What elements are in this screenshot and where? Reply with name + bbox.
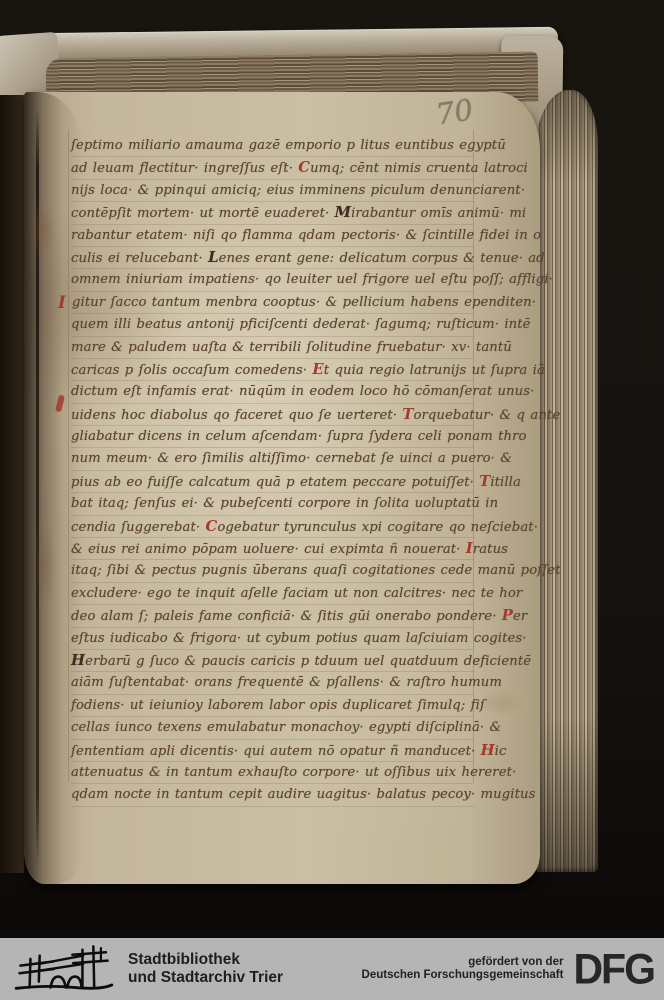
text-line: deo alam ſ; paleis fame conficiā· & ſiti… [71,605,474,627]
text-line: num meum· & ero ſimilis altiſſimo· cerne… [71,448,474,470]
text-line: fodiens· ut ieiunioy laborem labor opis … [71,695,474,717]
library-name: Stadtbibliothek und Stadtarchiv Trier [128,951,283,987]
text-line: mare & paludem uaſta & terribili ſolitud… [71,337,474,359]
library-branding: Stadtbibliothek und Stadtarchiv Trier [0,943,362,995]
text-line: cellas iunco texens emulabatur monachoy·… [71,717,474,739]
text-line: attenuatus & in tantum exhauſto corpore·… [71,762,474,784]
text-line: & eius rei animo pōpam uoluere· cui expi… [71,538,474,560]
text-line: dictum eſt infamis erat· nūqūm in eodem … [71,381,474,403]
text-line: culis ei relucebant· Lenes erant gene: d… [71,247,474,269]
text-line: caricas p ſolis occaſum comedens· Et qui… [71,359,474,381]
dfg-branding: gefördert von der Deutschen Forschungsge… [362,946,664,993]
text-line: pius ab eo fuiſſe calcatum quā p etatem … [71,471,474,493]
funding-line2: Deutschen Forschungsgemeinschaft [362,969,564,982]
text-line: nijs loca· & ppinqui amiciq; eius immine… [71,180,474,202]
text-line: gliabatur dicens in celum aſcendam· ſupr… [71,426,474,448]
ruling-line-left [68,130,69,782]
text-line: ſententiam apli dicentis· qui autem nō o… [71,740,474,762]
funding-line1: gefördert von der [362,956,564,969]
text-line: cendia ſuggerebat· Cogebatur tyrunculus … [71,516,474,538]
text-line: rabantur etatem· niſi qo flamma qdam pec… [71,225,474,247]
funding-statement: gefördert von der Deutschen Forschungsge… [362,956,564,982]
text-line: Igitur ſacco tantum menbra cooptus· & pe… [71,292,474,314]
text-line: itaq; ſibi & pectus pugnis ūberans quaſi… [71,560,474,582]
text-line: contēpſit mortem· ut mortē euaderet· Mir… [71,202,474,224]
parchment-stain [30,200,56,260]
library-name-line1: Stadtbibliothek [128,951,283,969]
text-line: ad leuam flectitur· ingreſſus eſt· Cumq;… [71,157,474,179]
manuscript-text: ſeptimo miliario amauma gazē emporio p l… [71,135,474,807]
text-line: eſtus iudicabo & frigora· ut cybum potiu… [71,628,474,650]
digitization-footer: Stadtbibliothek und Stadtarchiv Trier ge… [0,938,664,1000]
text-line: quem illi beatus antonij pficiſcenti ded… [71,314,474,336]
parchment-stain [34,520,56,610]
page-stack-fore-edges [534,90,598,872]
text-line: excludere· ego te inquit aſelle faciam u… [71,583,474,605]
text-line: qdam nocte in tantum cepit audire uagitu… [71,784,474,806]
text-line: omnem iniuriam impatiens· qo leuiter uel… [71,269,474,291]
text-line: aiām ſuſtentabat· orans frequentē & pſal… [71,672,474,694]
library-name-line2: und Stadtarchiv Trier [128,969,283,987]
book-spine-shadow [0,95,24,873]
text-line: uidens hoc diabolus qo faceret quo ſe ue… [71,404,474,426]
digitized-manuscript-viewer: 70 ſeptimo miliario amauma gazē emporio … [0,0,664,1000]
porta-nigra-sketch-icon [12,943,116,995]
text-line: Herbarū g ſuco & paucis caricis p tduum … [71,650,474,672]
text-line: bat itaq; ſenſus ei· & pubeſcenti corpor… [71,493,474,515]
text-line: ſeptimo miliario amauma gazē emporio p l… [71,135,474,157]
folio-number: 70 [434,92,476,131]
dfg-logo: DFG [573,945,654,994]
